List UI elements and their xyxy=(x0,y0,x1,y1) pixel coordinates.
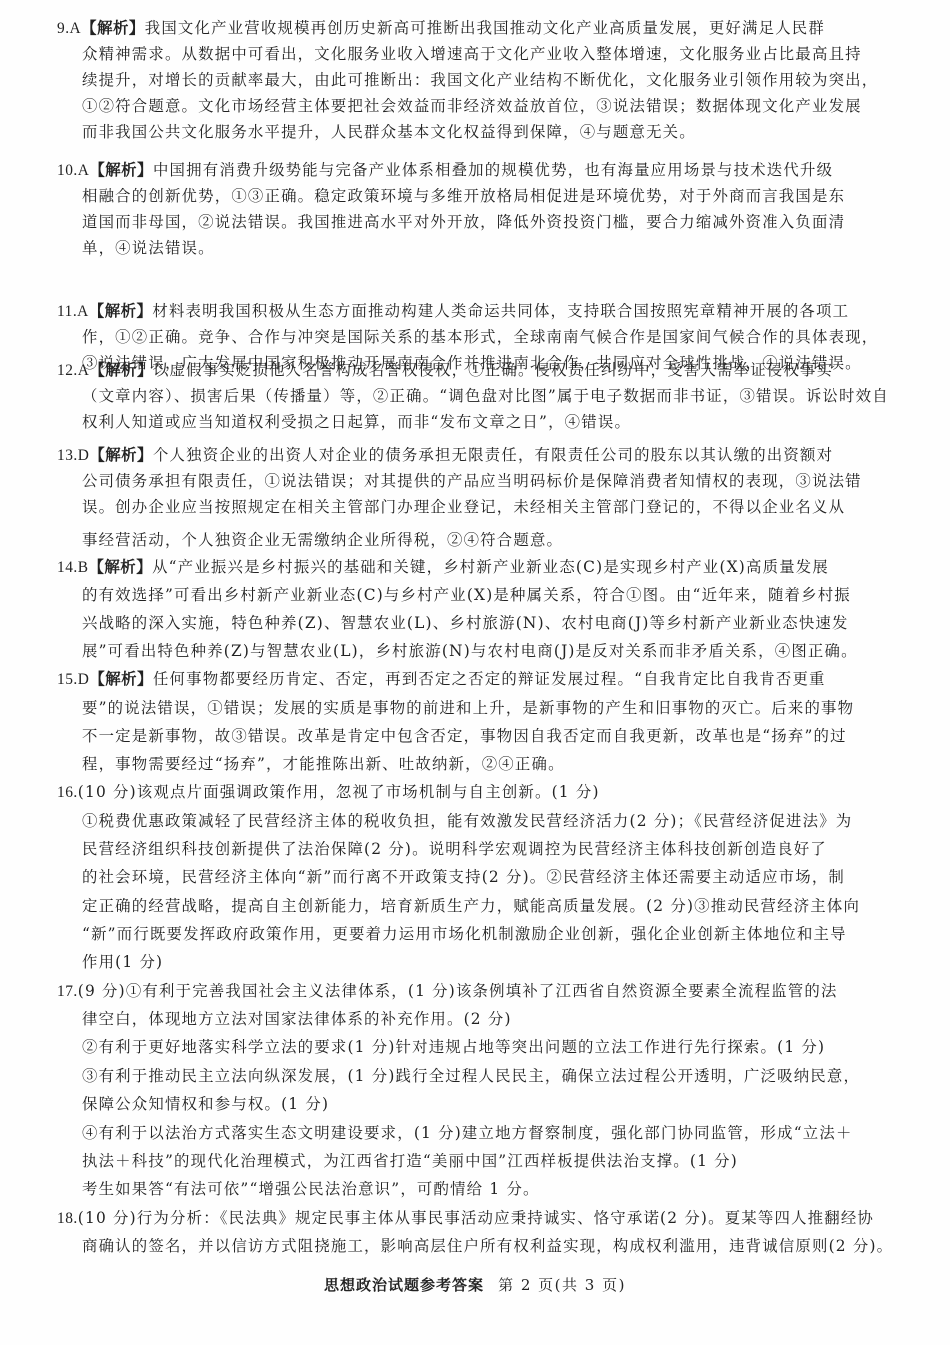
answer-text: 材料表明我国积极从生态方面推动构建人类命运共同体，支持联合国按照宪章精神开展的各… xyxy=(152,302,849,320)
answer-text: 任何事物都要经历肯定、否定，再到否定之否定的辩证发展过程。“自我肯定比自我肯否更… xyxy=(153,670,826,688)
answer-text: ①②符合题意。文化市场经营主体要把社会效益而非经济效益放首位，③说法错误；数据体… xyxy=(82,96,862,116)
analysis-tag: 【解析】 xyxy=(89,161,153,179)
analysis-tag: 【解析】 xyxy=(81,19,145,37)
answer-text: 商确认的签名，并以信访方式阻挠施工，影响高层住户所有权利益实现，构成权利滥用，违… xyxy=(82,1236,893,1256)
answer-text: 个人独资企业的出资人对企业的债务承担无限责任，有限责任公司的股东以其认缴的出资额… xyxy=(153,446,833,464)
answer-text: 公司债务承担有限责任，①说法错误；对其提供的产品应当明码标价是保障消费者知情权的… xyxy=(82,471,862,491)
answer-text: ③有利于推动民主立法向纵深发展，(1 分)践行全过程人民民主，确保立法过程公开透… xyxy=(82,1066,860,1086)
answer-text: ①税费优惠政策减轻了民营经济主体的税收负担，能有效激发民营经济活力(2 分)；《… xyxy=(82,811,852,831)
answer-text: ①有利于完善我国社会主义法律体系，(1 分)该条例填补了江西省自然资源全要素全流… xyxy=(126,982,838,1000)
analysis-tag: 【解析】 xyxy=(89,670,153,688)
answer-text: 要”的说法错误，①错误；发展的实质是事物的前进和上升，是新事物的产生和旧事物的灭… xyxy=(82,698,854,718)
answer-text: 保障公众知情权和参与权。(1 分) xyxy=(82,1094,329,1114)
score: (10 分) xyxy=(78,1209,137,1227)
answer-choice: A xyxy=(78,162,90,179)
answer-choice: B xyxy=(78,559,89,576)
answer-choice: D xyxy=(78,671,90,688)
answer-text: 兴战略的深入实施，特色种养(Z)、智慧农业(L)、乡村旅游(N)、农村电商(J)… xyxy=(82,613,849,633)
answer-text: 定正确的经营战略，提高自主创新能力，培育新质生产力，赋能高质量发展。(2 分)③… xyxy=(82,896,860,916)
answer-choice: A xyxy=(78,362,90,379)
answer-text: 律空白，体现地方立法对国家法律体系的补充作用。(2 分) xyxy=(82,1009,512,1029)
question-number: 11. xyxy=(57,303,77,320)
answer-text: 考生如果答“有法可依”“增强公民法治意识”，可酌情给 1 分。 xyxy=(82,1179,540,1199)
question-number: 17. xyxy=(57,983,78,1000)
answer-text: ②有利于更好地落实科学立法的要求(1 分)针对违规占地等突出问题的立法工作进行先… xyxy=(82,1037,825,1057)
answer-text: 事经营活动，个人独资企业无需缴纳企业所得税，②④符合题意。 xyxy=(82,530,563,550)
answer-text: 单，④说法错误。 xyxy=(82,238,215,258)
answer-text: 作用(1 分) xyxy=(82,952,163,972)
analysis-tag: 【解析】 xyxy=(89,361,153,379)
answer-text: 作，①②正确。竞争、合作与冲突是国际关系的基本形式，全球南南气候合作是国家间气候… xyxy=(82,327,878,347)
answer-choice: D xyxy=(78,447,90,464)
answer-text: 续提升，对增长的贡献率最大，由此可推断出：我国文化产业结构不断优化，文化服务业引… xyxy=(82,70,878,90)
answer-text: 权利人知道或应当知道权利受损之日起算，而非“发布文章之日”，④错误。 xyxy=(82,412,631,432)
question-number: 12. xyxy=(57,362,78,379)
answer-choice: A xyxy=(77,303,89,320)
score: (9 分) xyxy=(78,982,126,1000)
answer-text: （文章内容）、损害后果（传播量）等，②正确。“调色盘对比图”属于电子数据而非书证… xyxy=(82,386,889,406)
answer-choice: A xyxy=(70,20,82,37)
answer-text: 的有效选择”可看出乡村新产业新业态(C)与乡村产业(X)是种属关系，符合①图。由… xyxy=(82,585,851,605)
answer-text: 的社会环境，民营经济主体向“新”而行离不开政策支持(2 分)。②民营经济主体还需… xyxy=(82,867,845,887)
answer-text: 不一定是新事物，故③错误。改革是肯定中包含否定，事物因自我否定而自我更新，改革也… xyxy=(82,726,847,746)
score: (10 分) xyxy=(78,783,137,801)
answer-text: 民营经济组织科技创新提供了法治保障(2 分)。说明科学宏观调控为民营经济主体科技… xyxy=(82,839,827,859)
answer-text: ④有利于以法治方式落实生态文明建设要求，(1 分)建立地方督察制度，强化部门协同… xyxy=(82,1123,853,1143)
answer-text: 道国而非母国，②说法错误。我国推进高水平对外开放，降低外资投资门槛，要合力缩减外… xyxy=(82,212,845,232)
question-number: 14. xyxy=(57,559,78,576)
answer-text: “新”而行既要发挥政府政策作用，更要着力运用市场化机制激励企业创新，强化企业创新… xyxy=(82,924,847,944)
page-footer: 思想政治试题参考答案第 2 页(共 3 页) xyxy=(0,1275,950,1295)
analysis-tag: 【解析】 xyxy=(89,302,153,320)
answer-text: 误。创办企业应当按照规定在相关主管部门办理企业登记，未经相关主管部门登记的，不得… xyxy=(82,497,845,517)
footer-title: 思想政治试题参考答案 xyxy=(324,1276,484,1294)
answer-text: 展”可看出特色种养(Z)与智慧农业(L)，乡村旅游(N)与农村电商(J)是反对关… xyxy=(82,641,858,661)
question-number: 13. xyxy=(57,447,78,464)
question-number: 16. xyxy=(57,784,78,801)
answer-text: 相融合的创新优势，①③正确。稳定政策环境与多维开放格局相促进是环境优势，对于外商… xyxy=(82,186,845,206)
answer-text: 从“产业振兴是乡村振兴的基础和关键，乡村新产业新业态(C)是实现乡村产业(X)高… xyxy=(152,558,829,576)
question-number: 9. xyxy=(57,20,70,37)
analysis-tag: 【解析】 xyxy=(89,558,153,576)
answer-text: 程，事物需要经过“扬弃”，才能推陈出新、吐故纳新，②④正确。 xyxy=(82,754,565,774)
question-number: 10. xyxy=(57,162,78,179)
answer-key-page: 9.A【解析】我国文化产业营收规模再创历史新高可推断出我国推动文化产业高质量发展… xyxy=(0,0,950,1345)
answer-text: 以虚假事实贬损他人名誉构成名誉权侵权，①正确。侵权责任纠纷中，受害人需举证侵权事… xyxy=(153,361,833,379)
answer-text: 而非我国公共文化服务水平提升，人民群众基本文化权益得到保障，④与题意无关。 xyxy=(82,122,696,142)
question-number: 18. xyxy=(57,1210,78,1227)
page-number: 第 2 页(共 3 页) xyxy=(498,1276,626,1294)
answer-text: 该观点片面强调政策作用，忽视了市场机制与自主创新。(1 分) xyxy=(137,783,600,801)
answer-text: 执法＋科技”的现代化治理模式，为江西省打造“美丽中国”江西样板提供法治支撑。(1… xyxy=(82,1151,738,1171)
answer-text: 众精神需求。从数据中可看出，文化服务业收入增速高于文化产业收入整体增速，文化服务… xyxy=(82,44,862,64)
answer-text: 中国拥有消费升级势能与完备产业体系相叠加的规模优势，也有海量应用场景与技术迭代升… xyxy=(153,161,833,179)
analysis-tag: 【解析】 xyxy=(89,446,153,464)
answer-text: 我国文化产业营收规模再创历史新高可推断出我国推动文化产业高质量发展，更好满足人民… xyxy=(145,19,825,37)
question-number: 15. xyxy=(57,671,78,688)
answer-text: 行为分析：《民法典》规定民事主体从事民事活动应秉持诚实、恪守承诺(2 分)。夏某… xyxy=(137,1209,874,1227)
